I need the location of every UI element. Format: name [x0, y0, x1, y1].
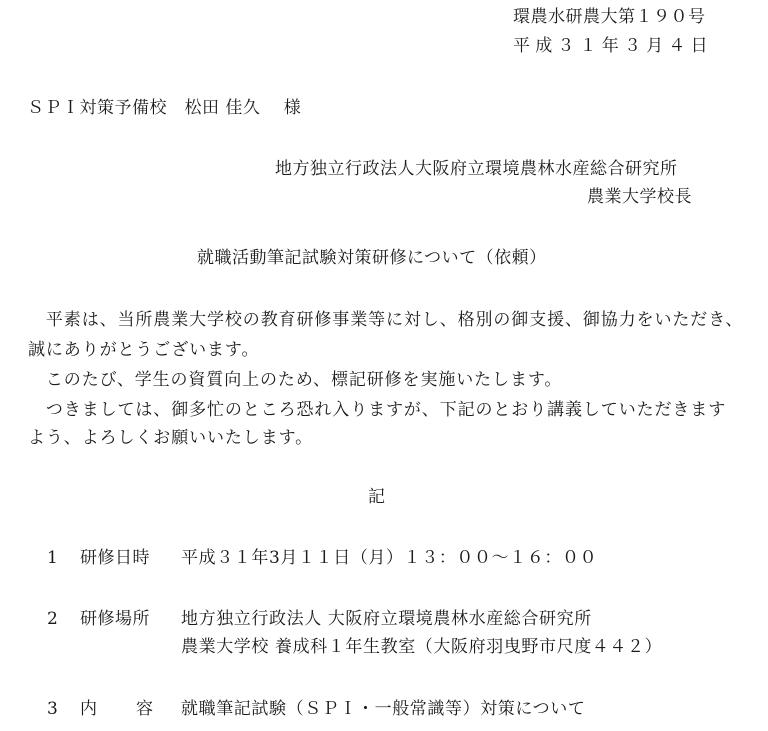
addressee: ＳＰＩ対策予備校 松田 佳久 様 — [27, 100, 301, 117]
item-label-part: 内 — [80, 701, 97, 718]
item-value: 就職筆記試験（ＳＰＩ・一般常識等）対策について — [181, 701, 585, 718]
body-line: 平素は、当所農業大学校の教育研修事業等に対し、格別の御支援、御協力をいただき、 — [28, 312, 743, 329]
item-number: 2 — [47, 611, 58, 628]
sender-title: 農業大学校長 — [587, 189, 692, 206]
item-label-part: 容 — [136, 701, 153, 718]
item-row-location: 2 研修場所 地方独立行政法人 大阪府立環境農林水産総合研究所 — [0, 611, 768, 635]
body-line: よう、よろしくお願いいたします。 — [28, 430, 313, 447]
body-line: このたび、学生の資質向上のため、標記研修を実施いたします。 — [28, 372, 562, 389]
notation-heading: 記 — [368, 489, 386, 506]
item-value: 農業大学校 養成科１年生教室（大阪府羽曳野市尺度４４２） — [181, 639, 662, 656]
document-number: 環農水研農大第１９０号 — [513, 9, 706, 26]
item-value: 平成３１年3月１１日（月）１３：００～１６：００ — [181, 550, 597, 567]
item-number: 1 — [47, 550, 58, 567]
body-line: 誠にありがとうございます。 — [28, 342, 259, 359]
sender-organization: 地方独立行政法人大阪府立環境農林水産総合研究所 — [275, 161, 678, 178]
document-date: 平成３１年３月４日 — [513, 38, 713, 55]
item-number: 3 — [47, 701, 58, 718]
item-label: 研修日時 — [80, 550, 150, 567]
item-row-content: 3 内 容 就職筆記試験（ＳＰＩ・一般常識等）対策について — [0, 701, 768, 725]
item-value: 地方独立行政法人 大阪府立環境農林水産総合研究所 — [181, 611, 592, 628]
body-line: つきましては、御多忙のところ恐れ入りますが、下記のとおり講義していただきます — [28, 402, 726, 419]
item-row-date: 1 研修日時 平成３１年3月１１日（月）１３：００～１６：００ — [0, 550, 768, 574]
item-label: 研修場所 — [80, 611, 150, 628]
document-subject: 就職活動筆記試験対策研修について（依頼） — [197, 250, 547, 267]
item-row-location-continued: 農業大学校 養成科１年生教室（大阪府羽曳野市尺度４４２） — [0, 639, 768, 663]
